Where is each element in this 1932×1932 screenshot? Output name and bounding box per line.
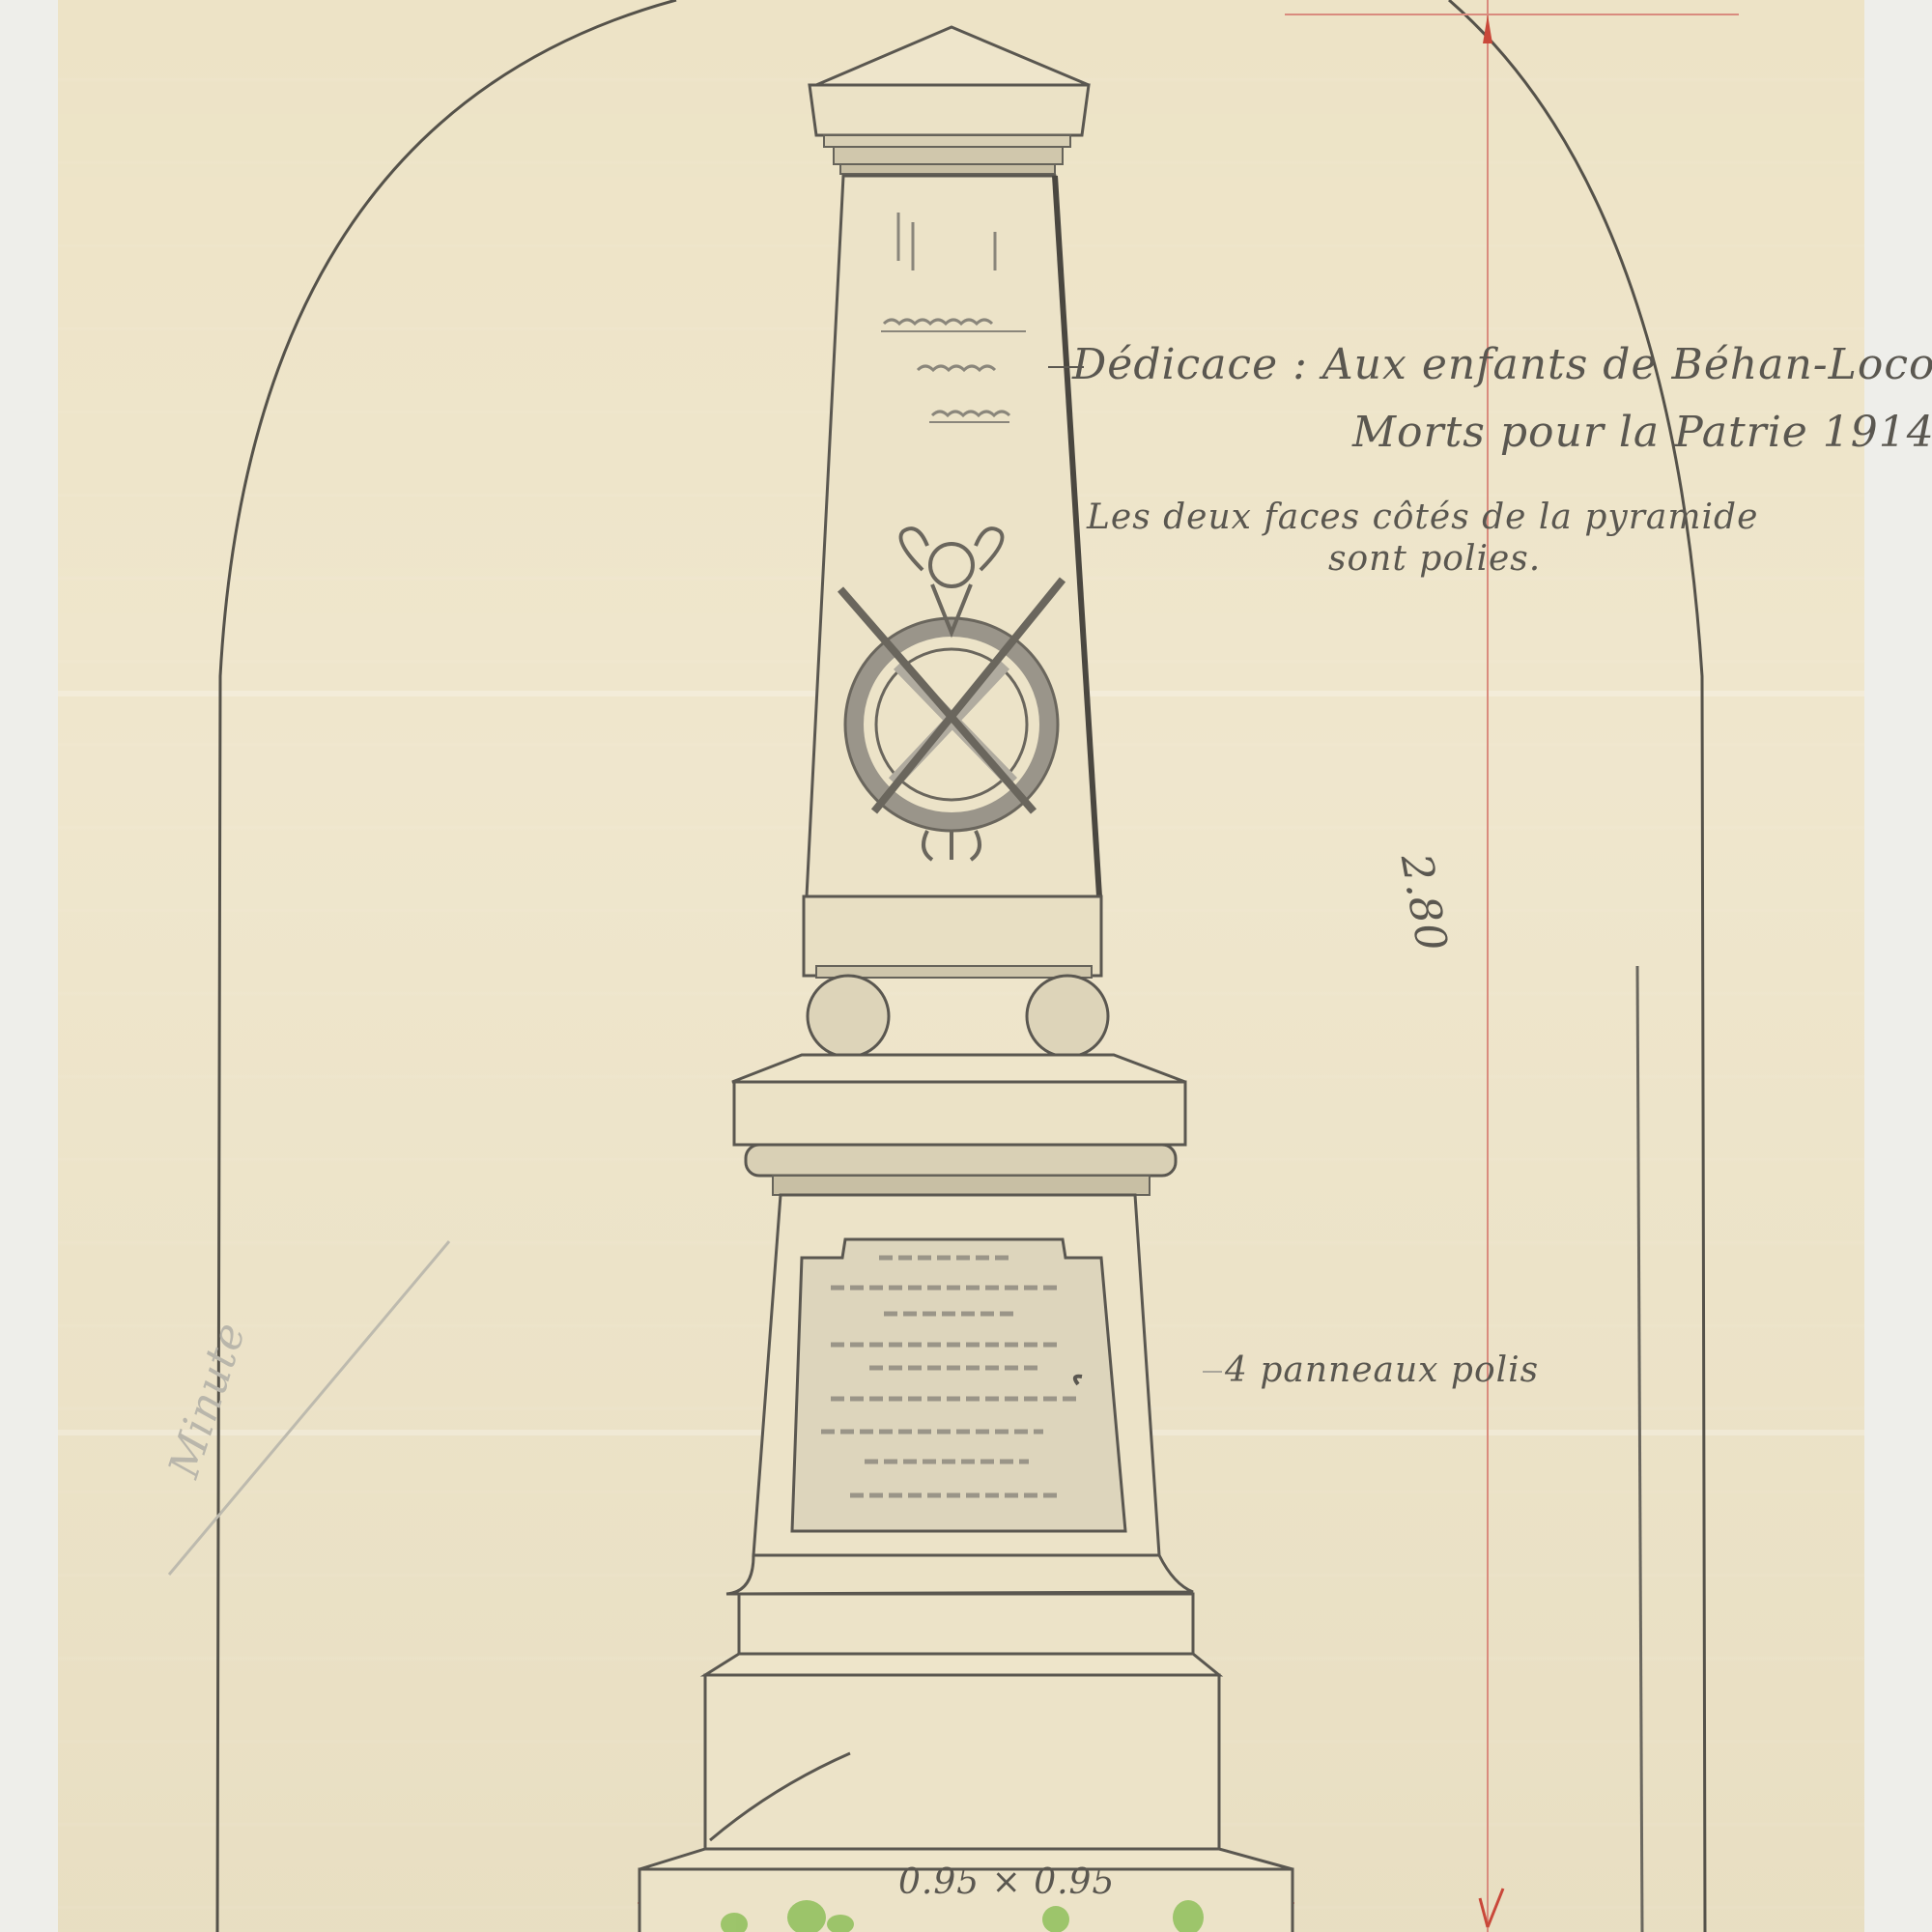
base-dimension-label: 0.95 × 0.95 bbox=[898, 1862, 1115, 1902]
dedication-note-line2: Morts pour la Patrie 1914-1918 bbox=[1352, 408, 1932, 457]
inscription-panel bbox=[792, 1239, 1125, 1531]
pedestal-cornice bbox=[734, 1082, 1185, 1145]
base-step-1 bbox=[739, 1594, 1193, 1654]
sphere-left bbox=[808, 976, 889, 1057]
sides-polished-note-line2: sont polies. bbox=[1328, 539, 1541, 579]
pyramidion bbox=[816, 27, 1089, 85]
sides-polished-note-line1: Les deux faces côtés de la pyramide bbox=[1087, 497, 1758, 537]
shaft-base-block bbox=[804, 896, 1101, 976]
arched-frame bbox=[217, 0, 676, 1932]
obelisk-shaft bbox=[807, 176, 1099, 896]
dedication-note-line1: Dédicace : Aux enfants de Béhan-Locoal bbox=[1072, 340, 1932, 389]
sphere-right bbox=[1027, 976, 1108, 1057]
panels-polished-note: 4 panneaux polis bbox=[1225, 1350, 1539, 1390]
memorial-elevation-drawing bbox=[0, 0, 1932, 1932]
base-step-2 bbox=[705, 1675, 1219, 1849]
